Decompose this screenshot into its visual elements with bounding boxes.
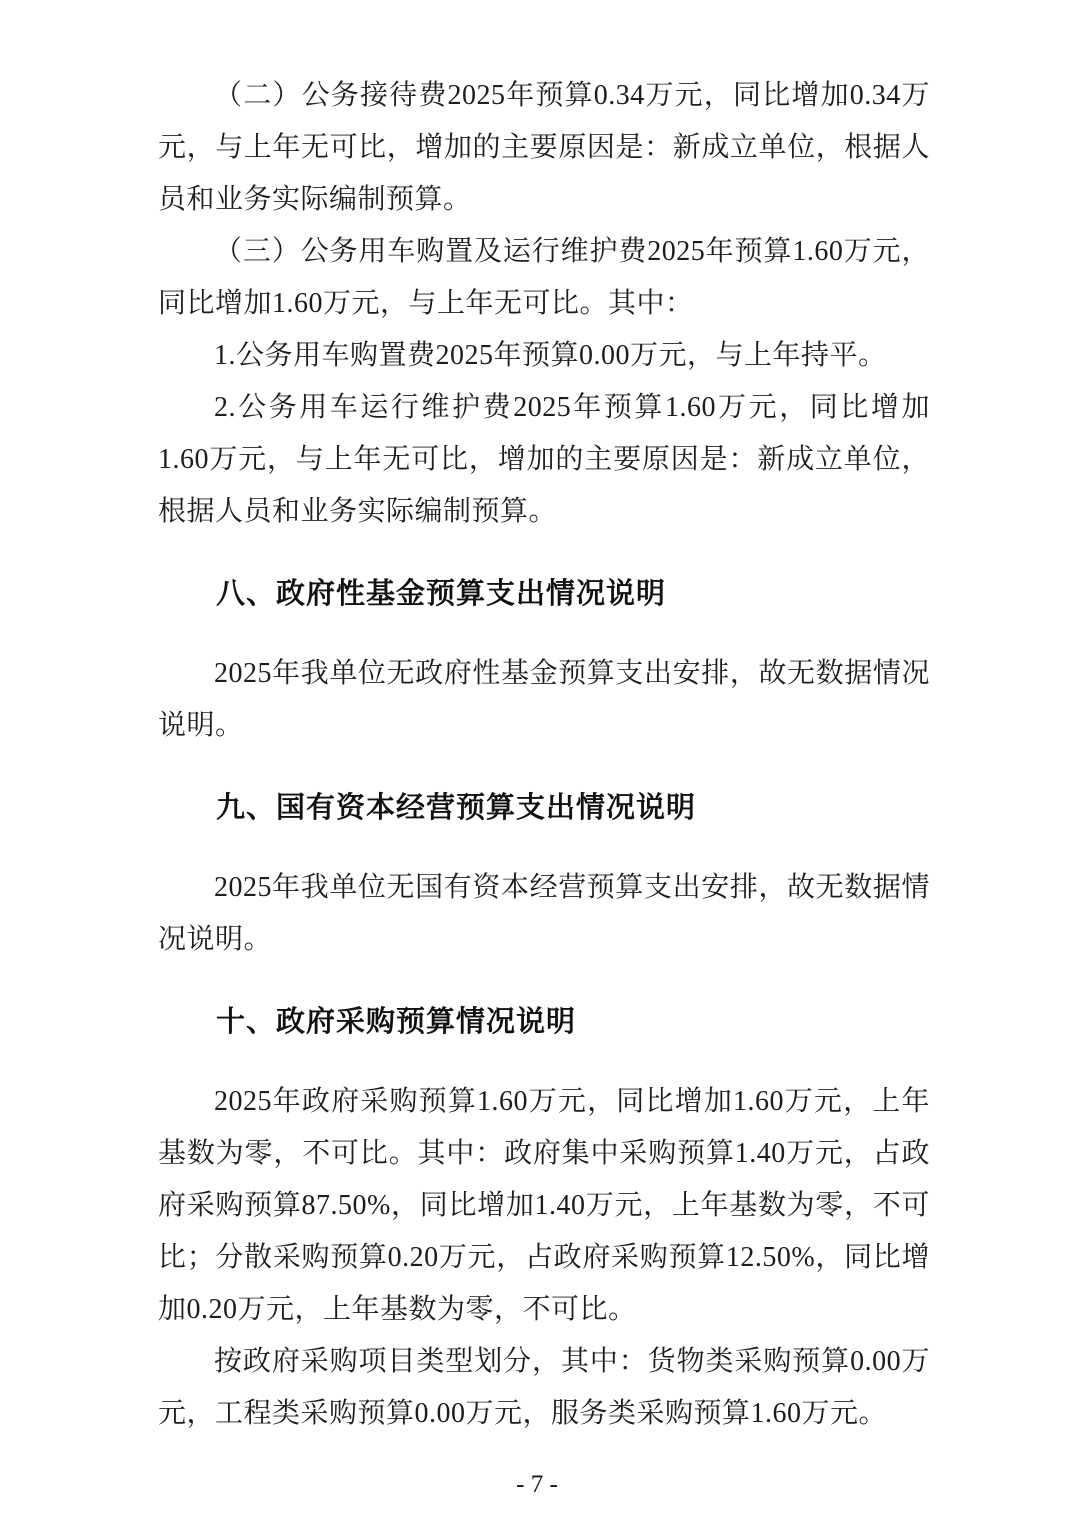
body-paragraph-government-funds: 2025年我单位无政府性基金预算支出安排，故无数据情况说明。: [158, 648, 930, 752]
body-paragraph-state-capital: 2025年我单位无国有资本经营预算支出安排，故无数据情况说明。: [158, 862, 930, 966]
document-body: （二）公务接待费2025年预算0.34万元，同比增加0.34万元，与上年无可比，…: [158, 70, 930, 1440]
body-paragraph-vehicle-maintenance-item: 2.公务用车运行维护费2025年预算1.60万元，同比增加1.60万元，与上年无…: [158, 382, 930, 538]
section-heading-state-capital: 九、国有资本经营预算支出情况说明: [158, 782, 930, 834]
body-paragraph-procurement-by-type: 按政府采购项目类型划分，其中：货物类采购预算0.00万元，工程类采购预算0.00…: [158, 1336, 930, 1440]
section-heading-government-procurement: 十、政府采购预算情况说明: [158, 996, 930, 1048]
body-paragraph-vehicle-purchase-item: 1.公务用车购置费2025年预算0.00万元，与上年持平。: [158, 330, 930, 382]
body-paragraph-procurement-budget: 2025年政府采购预算1.60万元，同比增加1.60万元，上年基数为零，不可比。…: [158, 1076, 930, 1336]
page-number: - 7 -: [0, 1470, 1074, 1500]
body-paragraph-official-reception-fee: （二）公务接待费2025年预算0.34万元，同比增加0.34万元，与上年无可比，…: [158, 70, 930, 226]
document-page: （二）公务接待费2025年预算0.34万元，同比增加0.34万元，与上年无可比，…: [0, 0, 1074, 1520]
section-heading-government-funds: 八、政府性基金预算支出情况说明: [158, 568, 930, 620]
body-paragraph-official-vehicle-total: （三）公务用车购置及运行维护费2025年预算1.60万元，同比增加1.60万元，…: [158, 226, 930, 330]
